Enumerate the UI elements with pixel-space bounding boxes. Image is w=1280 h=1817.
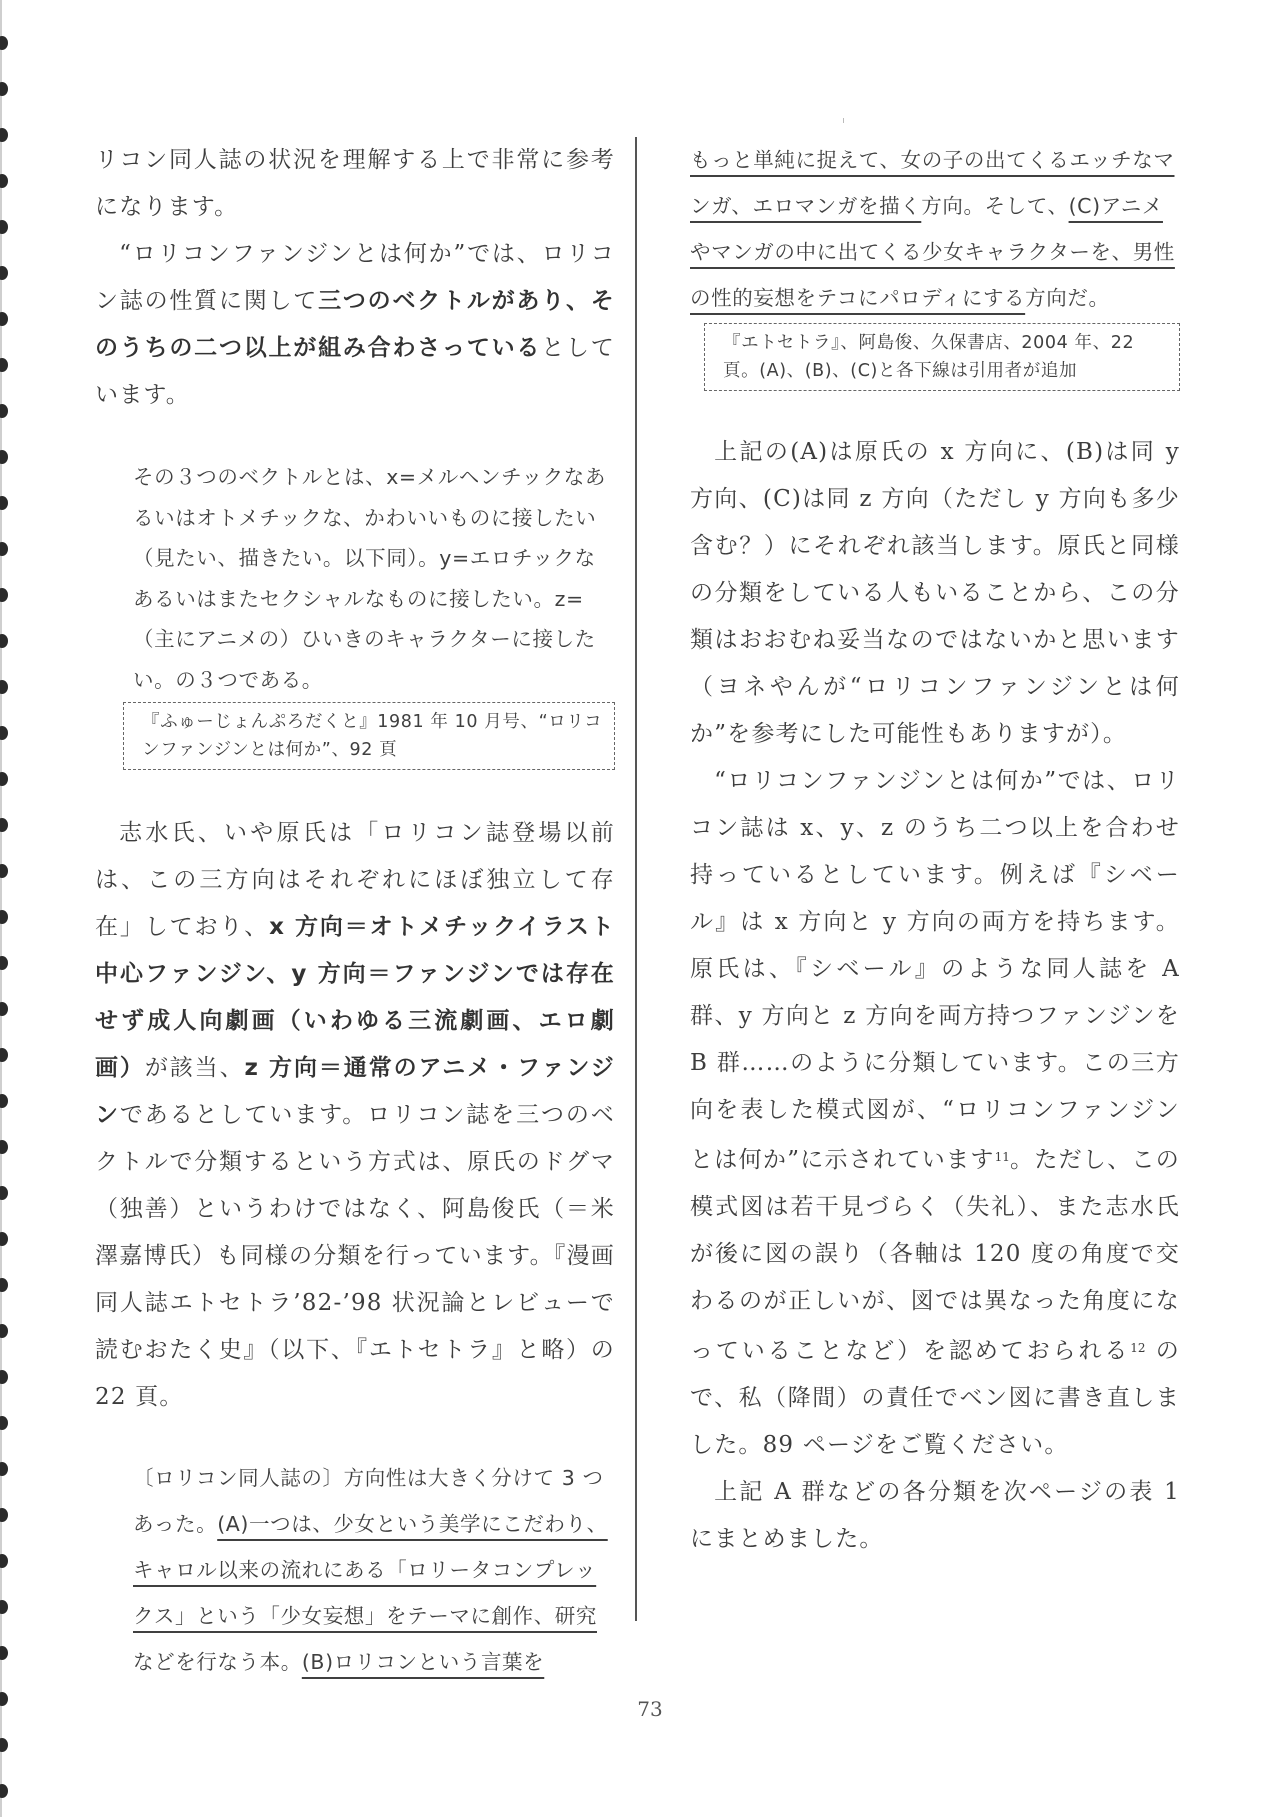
binding-hole-icon [0, 1232, 8, 1246]
binding-hole-icon [0, 772, 8, 786]
binding-hole-icon [0, 1508, 8, 1522]
paragraph: “ロリコンファンジンとは何か”では、ロリコン誌の性質に関して三つのベクトルがあり… [95, 231, 615, 419]
quote-source-box: 『ふゅーじょんぷろだくと』1981 年 10 月号、“ロリコンファンジンとは何か… [123, 702, 615, 770]
binding-hole-icon [0, 450, 8, 464]
binding-hole-icon [0, 1186, 8, 1200]
binding-hole-icon [0, 36, 8, 50]
binding-hole-icon [0, 1048, 8, 1062]
block-quote: もっと単純に捉えて、女の子の出てくるエッチなマンガ、エロマンガを描く方向。そして… [690, 137, 1180, 391]
scan-speck [843, 118, 844, 123]
quote-plain: 方向。そして、 [921, 194, 1068, 218]
footnote-ref[interactable]: 11 [995, 1150, 1010, 1164]
paragraph: リコン同人誌の状況を理解する上で非常に参考になります。 [95, 137, 615, 231]
footnote-ref[interactable]: 12 [1130, 1341, 1145, 1355]
quote-text: その３つのベクトルとは、x=メルヘンチックなあるいはオトメチックな、かわいいもの… [95, 457, 615, 700]
left-column: リコン同人誌の状況を理解する上で非常に参考になります。 “ロリコンファンジンとは… [95, 137, 615, 1685]
binding-hole-icon [0, 1738, 8, 1752]
paragraph-text: であるとしています。ロリコン誌を三つのベクトルで分類するという方式は、原氏のドグ… [95, 1102, 615, 1410]
binding-hole-icon [0, 404, 8, 418]
binding-hole-icon [0, 864, 8, 878]
page-number: 73 [620, 1697, 680, 1721]
paragraph-text: 。ただし、この模式図は若干見づらく（失礼）、また志水氏が後に図の誤り（各軸は 1… [690, 1147, 1180, 1364]
paragraph-text: 上記の(A)は原氏の x 方向に、(B)は同 y 方向、(C)は同 z 方向（た… [690, 439, 1180, 747]
binding-hole-icon [0, 1278, 8, 1292]
binding-hole-icon [0, 588, 8, 602]
binding-hole-icon [0, 82, 8, 96]
quote-text: もっと単純に捉えて、女の子の出てくるエッチなマンガ、エロマンガを描く方向。そして… [690, 137, 1180, 321]
binding-hole-icon [0, 266, 8, 280]
column-divider [635, 137, 637, 1621]
binding-hole-icon [0, 496, 8, 510]
binding-hole-icon [0, 910, 8, 924]
quote-text: 〔ロリコン同人誌の〕方向性は大きく分けて 3 つあった。(A)一つは、少女という… [95, 1455, 615, 1685]
underlined-quote-b: (B)ロリコンという言葉を [302, 1650, 544, 1674]
paragraph: 上記の(A)は原氏の x 方向に、(B)は同 y 方向、(C)は同 z 方向（た… [690, 429, 1180, 758]
block-quote: その３つのベクトルとは、x=メルヘンチックなあるいはオトメチックな、かわいいもの… [95, 457, 615, 770]
binding-hole-icon [0, 1462, 8, 1476]
binding-hole-icon [0, 1370, 8, 1384]
right-column: もっと単純に捉えて、女の子の出てくるエッチなマンガ、エロマンガを描く方向。そして… [690, 137, 1180, 1563]
binding-hole-icon [0, 1692, 8, 1706]
binding-hole-icon [0, 956, 8, 970]
quote-source-box: 『エトセトラ』、阿島俊、久保書店、2004 年、22 頁。(A)、(B)、(C)… [704, 323, 1180, 391]
binding-hole-icon [0, 1784, 8, 1798]
quote-plain: 方向だ。 [1025, 286, 1109, 310]
binding-edge [0, 0, 14, 1817]
binding-hole-icon [0, 818, 8, 832]
binding-hole-icon [0, 1002, 8, 1016]
binding-hole-icon [0, 1094, 8, 1108]
bold-emphasis: る [516, 335, 541, 361]
binding-hole-icon [0, 312, 8, 326]
paragraph: 上記 A 群などの各分類を次ページの表 1 にまとめました。 [690, 1469, 1180, 1563]
binding-hole-icon [0, 1140, 8, 1154]
paragraph-text: “ロリコンファンジンとは何か”では、ロリコン誌は x、y、z のうち二つ以上を合… [690, 768, 1180, 1173]
binding-hole-icon [0, 1324, 8, 1338]
paragraph-text: リコン同人誌の状況を理解する上で非常に参考になります。 [95, 147, 615, 220]
binding-hole-icon [0, 1554, 8, 1568]
quote-plain: などを行なう本。 [133, 1650, 302, 1674]
binding-hole-icon [0, 542, 8, 556]
binding-hole-icon [0, 1646, 8, 1660]
paragraph: “ロリコンファンジンとは何か”では、ロリコン誌は x、y、z のうち二つ以上を合… [690, 758, 1180, 1469]
binding-hole-icon [0, 680, 8, 694]
binding-hole-icon [0, 726, 8, 740]
binding-hole-icon [0, 1416, 8, 1430]
paragraph-text: 上記 A 群などの各分類を次ページの表 1 にまとめました。 [690, 1479, 1180, 1552]
paragraph-text: が該当、 [145, 1055, 245, 1081]
paragraph: 志水氏、いや原氏は「ロリコン誌登場以前は、この三方向はそれぞれにほぼ独立して存在… [95, 810, 615, 1421]
binding-hole-icon [0, 1600, 8, 1614]
binding-hole-icon [0, 634, 8, 648]
binding-hole-icon [0, 220, 8, 234]
binding-hole-icon [0, 174, 8, 188]
binding-hole-icon [0, 358, 8, 372]
binding-hole-icon [0, 128, 8, 142]
block-quote: 〔ロリコン同人誌の〕方向性は大きく分けて 3 つあった。(A)一つは、少女という… [95, 1455, 615, 1685]
